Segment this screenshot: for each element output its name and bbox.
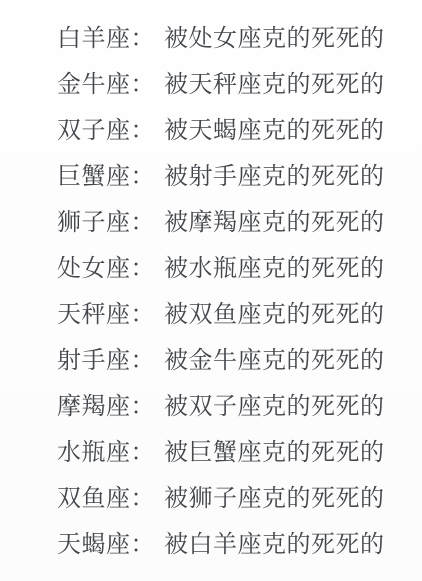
zodiac-sign-label: 狮子座：: [57, 202, 155, 237]
zodiac-sign-label: 射手座：: [57, 340, 155, 375]
zodiac-list: 白羊座： 被处女座克的死死的 金牛座： 被天秤座克的死死的 双子座： 被天蝎座克…: [0, 0, 422, 581]
zodiac-sign-label: 摩羯座：: [57, 386, 155, 421]
zodiac-clause: 被金牛座克的死死的: [164, 340, 385, 375]
zodiac-clause: 被天蝎座克的死死的: [164, 110, 385, 145]
zodiac-clause: 被处女座克的死死的: [164, 18, 385, 53]
list-item: 水瓶座： 被巨蟹座克的死死的: [0, 426, 422, 472]
zodiac-clause: 被双鱼座克的死死的: [164, 294, 385, 329]
zodiac-sign-label: 双鱼座：: [57, 478, 155, 513]
zodiac-clause: 被水瓶座克的死死的: [164, 248, 385, 283]
zodiac-sign-label: 巨蟹座：: [57, 156, 155, 191]
zodiac-sign-label: 双子座：: [57, 110, 155, 145]
list-item: 天蝎座： 被白羊座克的死死的: [0, 518, 422, 564]
zodiac-sign-label: 天蝎座：: [57, 524, 155, 559]
zodiac-sign-label: 水瓶座：: [57, 432, 155, 467]
list-item: 处女座： 被水瓶座克的死死的: [0, 242, 422, 288]
zodiac-clause: 被狮子座克的死死的: [164, 478, 385, 513]
list-item: 巨蟹座： 被射手座克的死死的: [0, 150, 422, 196]
zodiac-clause: 被白羊座克的死死的: [164, 524, 385, 559]
zodiac-clause: 被摩羯座克的死死的: [164, 202, 385, 237]
zodiac-sign-label: 金牛座：: [57, 64, 155, 99]
zodiac-sign-label: 白羊座：: [57, 18, 155, 53]
list-item: 天秤座： 被双鱼座克的死死的: [0, 288, 422, 334]
list-item: 金牛座： 被天秤座克的死死的: [0, 58, 422, 104]
zodiac-clause: 被巨蟹座克的死死的: [164, 432, 385, 467]
list-item: 白羊座： 被处女座克的死死的: [0, 12, 422, 58]
zodiac-sign-label: 处女座：: [57, 248, 155, 283]
zodiac-sign-label: 天秤座：: [57, 294, 155, 329]
list-item: 射手座： 被金牛座克的死死的: [0, 334, 422, 380]
list-item: 双鱼座： 被狮子座克的死死的: [0, 472, 422, 518]
zodiac-clause: 被射手座克的死死的: [164, 156, 385, 191]
list-item: 双子座： 被天蝎座克的死死的: [0, 104, 422, 150]
zodiac-clause: 被天秤座克的死死的: [164, 64, 385, 99]
list-item: 摩羯座： 被双子座克的死死的: [0, 380, 422, 426]
zodiac-clause: 被双子座克的死死的: [164, 386, 385, 421]
list-item: 狮子座： 被摩羯座克的死死的: [0, 196, 422, 242]
